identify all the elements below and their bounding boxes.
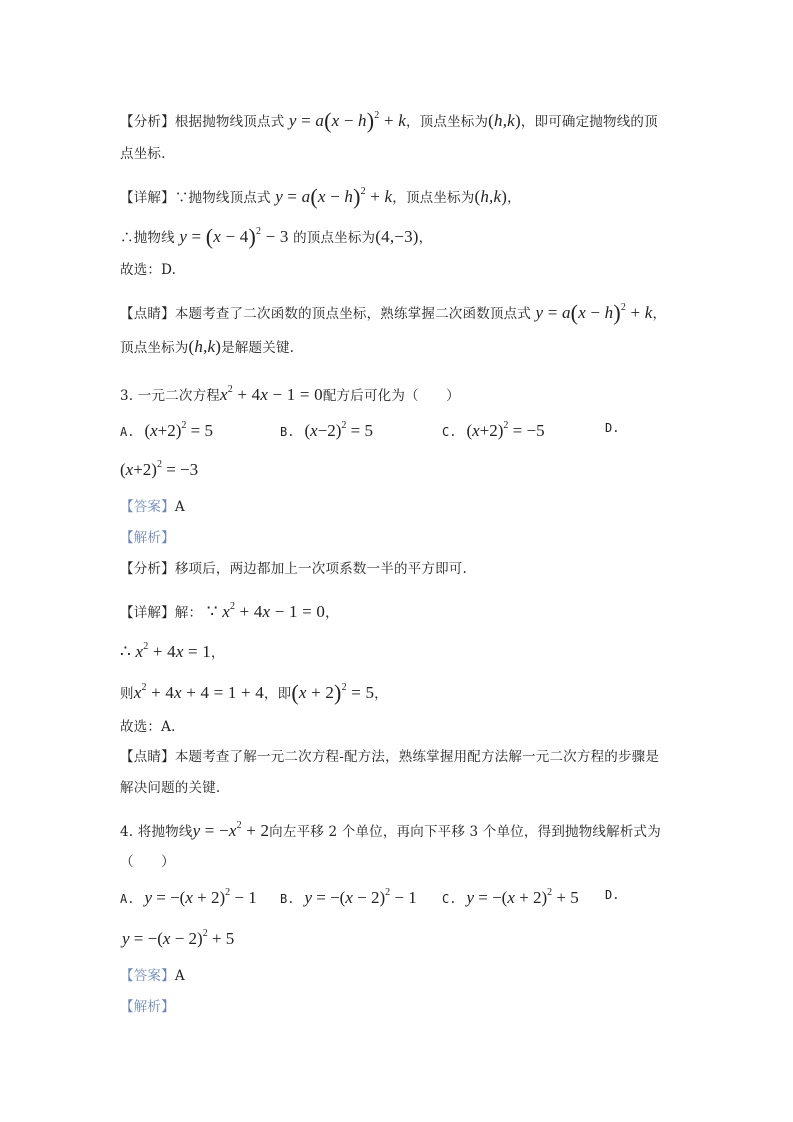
- q4-option-c: C.y = −(x + 2)2 + 5: [442, 887, 579, 908]
- text: 是解题关键.: [221, 340, 294, 356]
- q4-stem-line-1: 4. 将抛物线y = −x2 + 2向左平移 2 个单位，再向下平移 3 个单位…: [120, 816, 661, 842]
- q3-comment-line-2: 解决问题的关键.: [120, 778, 220, 798]
- text: 本题考查了二次函数的顶点坐标，熟练掌握二次函数顶点式: [175, 306, 531, 322]
- q4-stem-line-2: （ ）: [120, 852, 175, 872]
- comment-tag: 【点睛】: [120, 749, 175, 765]
- detail-tag: 【详解】: [120, 190, 175, 206]
- text: ，即可确定抛物线的顶: [521, 114, 658, 130]
- vertex-form-formula: y = a(x − h)2 + k: [275, 187, 392, 206]
- q4-explain-tag: 【解析】: [120, 997, 175, 1017]
- q3-detail-line-1: 【详解】解： ∵ x2 + 4x − 1 = 0，: [120, 597, 339, 623]
- q2-comment-line-2: 顶点坐标为(h,k)是解题关键.: [120, 337, 294, 358]
- text: 一元二次方程: [138, 388, 220, 404]
- text: 的顶点坐标为: [293, 230, 375, 246]
- text: ，顶点坐标为: [406, 114, 488, 130]
- q2-analysis-line-2: 点坐标.: [120, 144, 166, 164]
- vertex-value: (4,−3): [375, 227, 418, 246]
- q3-detail-line-2: ∴ x2 + 4x = 1，: [120, 637, 225, 663]
- q3-choice: 故选：A.: [120, 717, 176, 737]
- q3-stem: 3. 一元二次方程x2 + 4x − 1 = 0配方后可化为（ ）: [120, 380, 460, 406]
- document-page: 【分析】根据抛物线顶点式 y = a(x − h)2 + k，顶点坐标为(h,k…: [0, 0, 793, 1122]
- q4-option-d-formula: y = −(x − 2)2 + 5: [122, 928, 234, 949]
- q3-answer: 【答案】A: [120, 497, 185, 517]
- analysis-tag: 【分析】: [120, 561, 175, 577]
- equation: ∵ x2 + 4x − 1 = 0: [207, 602, 325, 621]
- q3-option-c: C.(x+2)2 = −5: [442, 420, 545, 441]
- q2-detail-line-2: ∴抛物线 y = (x − 4)2 − 3 的顶点坐标为(4,−3)，: [120, 222, 432, 248]
- text: ，顶点坐标为: [392, 190, 474, 206]
- answer-value: A: [175, 499, 185, 515]
- answer-tag: 【答案】: [120, 968, 175, 984]
- vertex-coords: (h,k): [474, 187, 507, 206]
- q3-option-d: D.: [605, 420, 629, 436]
- detail-tag: 【详解】: [120, 605, 175, 621]
- equation: y = −x2 + 2: [193, 821, 270, 840]
- vertex-form-formula: y = a(x − h)2 + k: [536, 303, 653, 322]
- equation: ∴ x2 + 4x = 1: [120, 642, 211, 661]
- vertex-coords: (h,k): [488, 111, 521, 130]
- q4-option-b: B.y = −(x − 2)2 − 1: [280, 887, 417, 908]
- q3-option-a: A.(x+2)2 = 5: [120, 420, 213, 441]
- question-number: 4.: [120, 824, 133, 840]
- text: ，: [419, 230, 433, 246]
- q3-explain-tag: 【解析】: [120, 528, 175, 548]
- q2-analysis-line-1: 【分析】根据抛物线顶点式 y = a(x − h)2 + k，顶点坐标为(h,k…: [120, 106, 658, 132]
- q3-analysis: 【分析】移项后，两边都加上一次项系数一半的平方即可.: [120, 559, 467, 579]
- comment-tag: 【点睛】: [120, 306, 175, 322]
- text: 顶点坐标为: [120, 340, 189, 356]
- q3-detail-line-3: 则x2 + 4x + 4 = 1 + 4，即(x + 2)2 = 5，: [120, 678, 388, 704]
- text: 移项后，两边都加上一次项系数一半的平方即可.: [175, 561, 467, 577]
- q3-option-d-formula: (x+2)2 = −3: [120, 459, 198, 480]
- answer-tag: 【答案】: [120, 499, 175, 515]
- parabola-formula: y = (x − 4)2 − 3: [179, 227, 288, 246]
- text: ，: [653, 306, 667, 322]
- equation: (x + 2)2 = 5: [291, 683, 374, 702]
- q4-option-d: D.: [605, 887, 629, 903]
- text: 配方后可化为（ ）: [323, 388, 460, 404]
- q2-detail-line-1: 【详解】∵抛物线顶点式 y = a(x − h)2 + k，顶点坐标为(h,k)…: [120, 182, 521, 208]
- analysis-tag: 【分析】: [120, 114, 175, 130]
- equation: x2 + 4x − 1 = 0: [220, 385, 323, 404]
- q4-option-a: A.y = −(x + 2)2 − 1: [120, 887, 257, 908]
- question-number: 3.: [120, 388, 133, 404]
- q2-choice: 故选：D.: [120, 260, 176, 280]
- q3-option-b: B.(x−2)2 = 5: [280, 420, 373, 441]
- text: 根据抛物线顶点式: [175, 114, 285, 130]
- equation: x2 + 4x + 4 = 1 + 4: [134, 683, 264, 702]
- q2-comment-line-1: 【点睛】本题考查了二次函数的顶点坐标，熟练掌握二次函数顶点式 y = a(x −…: [120, 298, 666, 324]
- q4-answer: 【答案】A: [120, 966, 185, 986]
- text: ，: [507, 190, 521, 206]
- vertex-coords: (h,k): [189, 337, 222, 356]
- text: ∵抛物线顶点式: [175, 190, 271, 206]
- q3-comment-line-1: 【点睛】本题考查了解一元二次方程-配方法，熟练掌握用配方法解一元二次方程的步骤是: [120, 747, 659, 767]
- text: ∴抛物线: [120, 230, 175, 246]
- text: 解：: [175, 605, 202, 621]
- vertex-form-formula: y = a(x − h)2 + k: [289, 111, 406, 130]
- answer-value: A: [175, 968, 185, 984]
